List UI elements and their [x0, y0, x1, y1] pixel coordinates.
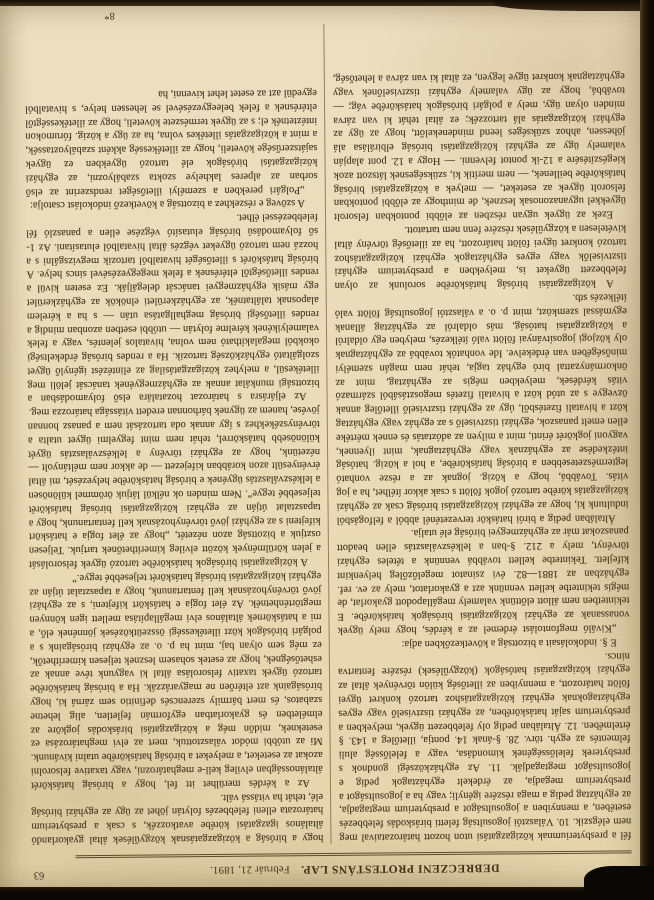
paragraph: fél a presbyteriumnak közigazgatási uton… [338, 648, 632, 844]
scan-edge-right [640, 0, 654, 900]
paragraph: Az eljárásra s határozat hozatalára első… [26, 209, 320, 405]
article-columns: fél a presbyteriumnak közigazgatási uton… [24, 21, 631, 846]
page-content: DEBRECZENI PROTESTÁNS LAP. Február 21, 1… [16, 2, 640, 885]
paragraph: A közigazgatási biróságok hatáskörébe ta… [28, 403, 321, 571]
paragraph: Az a kérdés merülhet itt fel, hogy a bir… [29, 568, 323, 791]
paragraph: A közigazgatási biróság hatáskörébe soro… [334, 221, 627, 293]
page-number: 63 [34, 869, 45, 880]
scan-edge-corner [584, 866, 654, 900]
paragraph: „Polgári perekben a személyi illetőséget… [25, 85, 318, 198]
paragraph: „Kiváló megfontolást érdemel az a kérdés… [337, 524, 630, 637]
signature-mark: 8* [104, 10, 115, 21]
paragraph: E §. indokolásait a bizottság a következ… [338, 634, 630, 650]
scan-edge-bottom [0, 887, 654, 900]
issue-date: Február 21, 1891. [210, 863, 290, 875]
masthead: DEBRECZENI PROTESTÁNS LAP. Február 21, 1… [32, 856, 632, 881]
journal-title: DEBRECZENI PROTESTÁNS LAP. [301, 862, 500, 876]
paragraph: Általában pedig a birói hatáskör terveze… [335, 290, 629, 527]
scanned-page: DEBRECZENI PROTESTÁNS LAP. Február 21, 1… [0, 0, 654, 900]
masthead-title-line: DEBRECZENI PROTESTÁNS LAP. Február 21, 1… [78, 858, 632, 881]
